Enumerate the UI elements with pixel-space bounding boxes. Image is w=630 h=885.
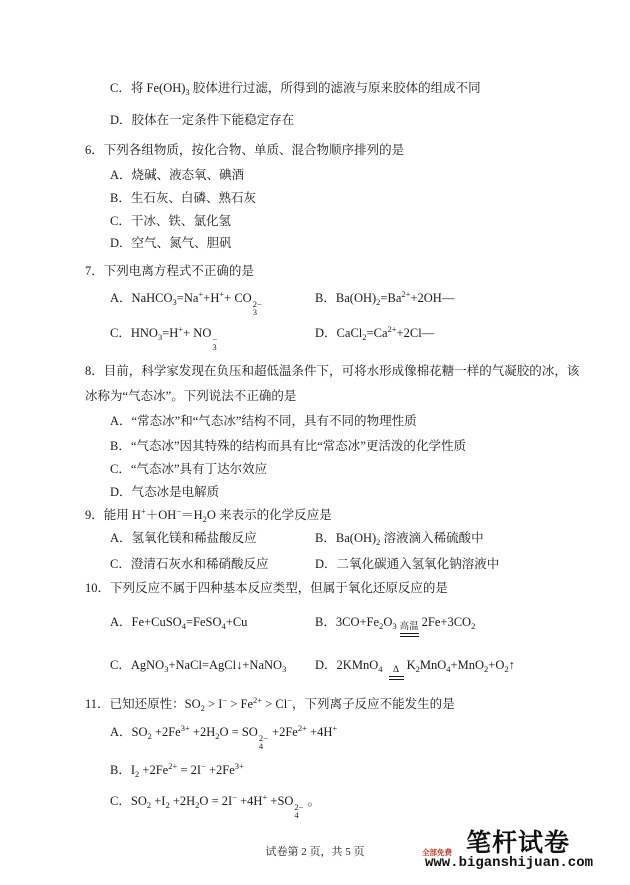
option-line: A．烧碱、液态氧、碘酒 bbox=[85, 167, 575, 184]
exam-text: 6．下列各组物质，按化合物、单质、混合物顺序排列的是 bbox=[85, 142, 404, 159]
exam-text: A．SO2 +2Fe3+ +2H2O = SO2−4 +2Fe2+ +4H+ bbox=[110, 724, 337, 750]
exam-text: C．SO2 +I2 +2H2O = 2I− +4H+ +SO2−4 。 bbox=[110, 793, 320, 819]
stacked-charge: 2−3 bbox=[253, 300, 262, 316]
question-line: 7．下列电离方程式不正确的是 bbox=[85, 263, 575, 280]
option-line: C．干冰、铁、氯化氢 bbox=[85, 213, 575, 230]
exam-text: A．氢氧化镁和稀盐酸反应 bbox=[110, 530, 315, 547]
watermark: 全部免费 笔杆试卷 www.biganshijuan.com bbox=[425, 832, 593, 871]
question-line: 6．下列各组物质，按化合物、单质、混合物顺序排列的是 bbox=[85, 142, 575, 159]
exam-text: B．Ba(OH)2=Ba2++2OH— bbox=[315, 290, 454, 307]
stacked-charge: 2−4 bbox=[259, 734, 268, 750]
exam-text: C．HNO3=H++ NO−3 bbox=[110, 325, 315, 351]
exam-body: C．将 Fe(OH)3 胶体进行过滤，所得到的滤液与原来胶体的组成不同D．胶体在… bbox=[0, 0, 630, 819]
option-line: B．生石灰、白磷、熟石灰 bbox=[85, 190, 575, 207]
option-line: D．胶体在一定条件下能稳定存在 bbox=[85, 112, 575, 129]
exam-text: C．将 Fe(OH)3 胶体进行过滤，所得到的滤液与原来胶体的组成不同 bbox=[110, 80, 481, 97]
option-line: B．“气态冰”因其特殊的结构而具有比“常态冰”更活泼的化学性质 bbox=[85, 438, 575, 455]
exam-text: B．I2 +2Fe2+ = 2I− +2Fe3+ bbox=[110, 762, 244, 779]
option-line: C．将 Fe(OH)3 胶体进行过滤，所得到的滤液与原来胶体的组成不同 bbox=[85, 80, 575, 97]
option-line: C．SO2 +I2 +2H2O = 2I− +4H+ +SO2−4 。 bbox=[85, 793, 575, 819]
option-line: D．空气、氮气、胆矾 bbox=[85, 235, 575, 252]
labeled-equals: Δ bbox=[389, 665, 404, 680]
exam-text: D．胶体在一定条件下能稳定存在 bbox=[110, 112, 294, 129]
option-line: A．SO2 +2Fe3+ +2H2O = SO2−4 +2Fe2+ +4H+ bbox=[85, 724, 575, 750]
exam-text: A．Fe+CuSO4=FeSO4+Cu bbox=[110, 614, 315, 631]
exam-text: B．生石灰、白磷、熟石灰 bbox=[110, 190, 256, 207]
exam-text: D．空气、氮气、胆矾 bbox=[110, 235, 232, 252]
exam-text: B．“气态冰”因其特殊的结构而具有比“常态冰”更活泼的化学性质 bbox=[110, 438, 466, 455]
continuation-line: 冰称为“气态冰”。下列说法不正确的是 bbox=[85, 388, 575, 405]
labeled-equals: 高温 bbox=[400, 622, 419, 637]
option-line: C．AgNO3+NaCl=AgCl↓+NaNO3D．2KMnO4 ΔK2MnO4… bbox=[85, 657, 575, 680]
exam-text: D．气态冰是电解质 bbox=[110, 484, 219, 501]
exam-text: B．3CO+Fe2O3高温2Fe+3CO2 bbox=[315, 614, 475, 637]
exam-text: A．NaHCO3=Na++H++ CO2−3 bbox=[110, 290, 315, 316]
question-line: 11．已知还原性：SO2 > I− > Fe2+ > Cl−，下列离子反应不能发… bbox=[85, 696, 575, 713]
option-line: D．气态冰是电解质 bbox=[85, 484, 575, 501]
exam-text: D．二氧化碳通入氢氧化钠溶液中 bbox=[315, 556, 499, 573]
page: C．将 Fe(OH)3 胶体进行过滤，所得到的滤液与原来胶体的组成不同D．胶体在… bbox=[0, 0, 630, 885]
exam-text: 11．已知还原性：SO2 > I− > Fe2+ > Cl−，下列离子反应不能发… bbox=[85, 696, 455, 713]
question-line: 9．能用 H+＋OH−＝H2O 来表示的化学反应是 bbox=[85, 507, 575, 524]
exam-text: A．“常态冰”和“气态冰”结构不同，具有不同的物理性质 bbox=[110, 413, 417, 430]
watermark-url: www.biganshijuan.com bbox=[425, 856, 593, 871]
option-line: A．“常态冰”和“气态冰”结构不同，具有不同的物理性质 bbox=[85, 413, 575, 430]
question-line: 8．目前，科学家发现在负压和超低温条件下，可将水形成像棉花糖一样的气凝胶的冰，该 bbox=[85, 363, 575, 380]
exam-text: D．CaCl2=Ca2++2Cl— bbox=[315, 325, 434, 342]
option-line: B．I2 +2Fe2+ = 2I− +2Fe3+ bbox=[85, 762, 575, 779]
option-line: C．HNO3=H++ NO−3D．CaCl2=Ca2++2Cl— bbox=[85, 325, 575, 351]
exam-text: B．Ba(OH)2 溶液滴入稀硫酸中 bbox=[315, 530, 484, 547]
exam-text: C．澄清石灰水和稀硝酸反应 bbox=[110, 556, 315, 573]
option-line: A．氢氧化镁和稀盐酸反应B．Ba(OH)2 溶液滴入稀硫酸中 bbox=[85, 530, 575, 547]
question-line: 10．下列反应不属于四种基本反应类型，但属于氧化还原反应的是 bbox=[85, 580, 575, 597]
exam-text: 冰称为“气态冰”。下列说法不正确的是 bbox=[85, 388, 296, 405]
exam-text: C．干冰、铁、氯化氢 bbox=[110, 213, 231, 230]
exam-text: C．“气态冰”具有丁达尔效应 bbox=[110, 461, 267, 478]
exam-text: 7．下列电离方程式不正确的是 bbox=[85, 263, 254, 280]
option-line: A．NaHCO3=Na++H++ CO2−3B．Ba(OH)2=Ba2++2OH… bbox=[85, 290, 575, 316]
watermark-free-badge: 全部免费 bbox=[422, 849, 454, 857]
exam-text: 8．目前，科学家发现在负压和超低温条件下，可将水形成像棉花糖一样的气凝胶的冰，该 bbox=[85, 363, 579, 380]
exam-text: C．AgNO3+NaCl=AgCl↓+NaNO3 bbox=[110, 657, 315, 674]
exam-text: D．2KMnO4 ΔK2MnO4+MnO2+O2↑ bbox=[315, 657, 515, 680]
stacked-charge: 2−4 bbox=[294, 803, 303, 819]
exam-text: 10．下列反应不属于四种基本反应类型，但属于氧化还原反应的是 bbox=[85, 580, 448, 597]
stacked-charge: −3 bbox=[212, 335, 217, 351]
option-line: A．Fe+CuSO4=FeSO4+CuB．3CO+Fe2O3高温2Fe+3CO2 bbox=[85, 614, 575, 637]
option-line: C．“气态冰”具有丁达尔效应 bbox=[85, 461, 575, 478]
exam-text: 9．能用 H+＋OH−＝H2O 来表示的化学反应是 bbox=[85, 507, 332, 524]
exam-text: A．烧碱、液态氧、碘酒 bbox=[110, 167, 244, 184]
option-line: C．澄清石灰水和稀硝酸反应D．二氧化碳通入氢氧化钠溶液中 bbox=[85, 556, 575, 573]
